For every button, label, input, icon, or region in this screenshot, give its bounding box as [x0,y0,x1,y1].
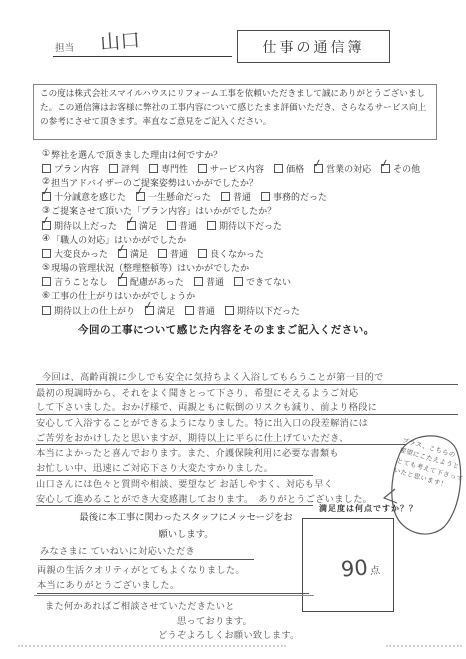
option: 良くなかった [198,247,264,260]
question-options: プラン内容 評判 専門性 サービス内容 価格 営業の対応 その他 [42,161,444,175]
question-text: ③ ご提案させて頂いた「プラン内容」はいかがでしたか？ [42,204,444,218]
feedback-line: 安心して進めることができ大変感謝しております。 ありがとうございました。 [36,491,313,507]
option: 満足 [127,219,157,232]
checkbox[interactable] [42,164,51,173]
option-label: プラン内容 [54,162,99,175]
option-label: 普通 [206,275,224,288]
question-label: 工事の仕上がりはいかがでしょうか [51,289,195,302]
option-label: 専門性 [161,162,188,175]
checkbox[interactable] [314,164,323,173]
checkbox[interactable] [221,192,230,201]
checkbox[interactable] [185,306,194,315]
option-label: 配慮があった [130,275,184,288]
question-options: 大変良かった 満足 普通 良くなかった [42,246,444,260]
score-unit: 点 [370,565,381,577]
option: その他 [381,162,420,175]
option: 十分誠意を感じた [42,190,126,203]
option-label: 大変良かった [54,247,108,260]
option-label: サービス内容 [210,162,264,175]
score-number: 90 [340,555,369,581]
tanto-underline [53,38,232,57]
option: 普通 [194,275,224,288]
option-label: 普通 [233,190,251,203]
option: 一生懸命だった [136,190,211,203]
intro-box: この度は株式会社スマイルハウスにリフォーム工事を依頼いただきまして誠にありがとう… [33,84,437,140]
option-label: 普通 [179,219,197,232]
feedback-line: ご苦労をおかけしたと思いますが、期待以上に平らに仕上げていただき、 [36,430,418,446]
checkbox[interactable] [118,249,127,258]
questionnaire: ① 弊社を選んで頂きました理由は何ですか？ プラン内容 評判 専門性 サービス内… [42,147,444,317]
option: 言うことなし [42,275,108,288]
option: 配慮があった [118,275,184,288]
message-line: 本当にありがとうございました。 [37,577,309,594]
message-line: また何かあればご相談させていただきたいと [45,598,235,612]
checkbox[interactable] [274,164,283,173]
scan-artifact-dotted-line [18,645,286,647]
option-label: 言うことなし [54,275,108,288]
option: 大変良かった [42,247,108,260]
option-label: 評判 [121,162,139,175]
option-label: 事務的だった [273,190,327,203]
scan-artifact-dotted-line [386,645,462,647]
score-question-label: 満足度は何点ですか？？ [319,503,418,514]
checkbox[interactable] [234,277,243,286]
prompt-line: 最後に本工事に関わったスタッフにメッセージをお [60,510,312,527]
message-line: みなさまに ていねいに対応いただき [40,543,254,560]
question-number: ⑥ [42,291,50,301]
option-label: 満足 [130,247,148,260]
message-line: 思っております。 [177,613,252,627]
ruled-line [34,595,314,596]
score-value: 90点 [340,554,381,581]
option: 営業の対応 [314,162,371,175]
feedback-section-header: 今回の工事について感じた内容をそのままご記入ください。 [78,322,375,337]
option-label: 価格 [286,162,304,175]
feedback-line: 今回は、高齢両親に少しでも安全に気持ちよく入浴してもらうことが第一目的で [36,369,458,385]
question-label: 担当アドバイザーのご提案姿勢はいかがでしたか？ [51,176,258,189]
checkbox[interactable] [136,192,145,201]
message-line: 両親の生活クオリティがとてもよくなりました。 [37,562,245,576]
option-label: 満足 [157,304,175,317]
checkbox[interactable] [198,249,207,258]
form-title-box: 仕事の通信簿 [237,30,390,63]
checkbox[interactable] [225,306,234,315]
option-label: 満足 [139,219,157,232]
option: 普通 [221,190,251,203]
option-label: 期待以下だった [237,304,300,317]
staff-message-prompt: 最後に本工事に関わったスタッフにメッセージをお 願いします。 [60,510,312,543]
option: 普通 [167,219,197,232]
checkbox[interactable] [127,221,136,230]
question-label: ご提案させて頂いた「プラン内容」はいかがでしたか？ [51,204,276,217]
option: 事務的だった [261,190,327,203]
scanned-feedback-form: 担当 山口 仕事の通信簿 この度は株式会社スマイルハウスにリフォーム工事を依頼い… [0,0,466,659]
checkbox[interactable] [158,249,167,258]
speech-bubble: プラス、こちらの 要望にこたえようと とても考えて下さって いたと思います！ [384,427,464,539]
question-number: ① [42,149,50,159]
option-label: 十分誠意を感じた [54,190,126,203]
option-label: その他 [393,162,420,175]
option: 期待以上だった [42,219,117,232]
feedback-line: お忙しい中、迅速にご対応下さり大変たすかりました。 [36,460,313,476]
option: サービス内容 [198,162,264,175]
option-label: 普通 [170,247,188,260]
question-number: ⑤ [42,263,50,273]
option: 満足 [118,247,148,260]
checkbox[interactable] [42,221,51,230]
checkbox[interactable] [149,164,158,173]
option: 専門性 [149,162,188,175]
checkbox[interactable] [42,277,51,286]
question-number: ④ [42,234,50,244]
option-label: できてない [246,275,291,288]
question-label: 弊社を選んで頂きました理由は何ですか？ [51,148,222,161]
option: 普通 [185,304,215,317]
question-options: 言うことなし 配慮があった 普通 できてない [42,275,444,289]
option-label: 良くなかった [210,247,264,260]
option-label: 期待以上だった [54,219,117,232]
option-label: 営業の対応 [326,162,371,175]
checkbox[interactable] [198,164,207,173]
checkbox[interactable] [118,277,127,286]
option: できてない [234,275,291,288]
option: 価格 [274,162,304,175]
option-label: 一生懸命だった [148,190,211,203]
checkbox[interactable] [42,306,51,315]
feedback-line: 最初の現調時から、それをよく聞きとって下さり、希望にそえるようご対応 [36,385,458,400]
option-label: 期待以下だった [219,219,282,232]
message-line: どうぞよろしくお願い致します。 [158,627,300,641]
question-options: 期待以上の仕上がり 満足 普通 期待以下だった [42,303,444,317]
option-label: 普通 [197,304,215,317]
feedback-line: して下さいました。おかげ様で、両親ともに転倒のリスクも減り、前より格段に [36,399,458,415]
checkbox[interactable] [109,164,118,173]
question-label: 現場の管理状況（整理整頓等）はいかがでしたか [51,261,249,274]
question-text: ② 担当アドバイザーのご提案姿勢はいかがでしたか？ [42,175,444,189]
checkbox[interactable] [261,192,270,201]
checkbox[interactable] [381,164,390,173]
form-title: 仕事の通信簿 [263,37,365,57]
question-options: 十分誠意を感じた 一生懸命だった 普通 事務的だった [42,190,444,204]
checkbox[interactable] [194,277,203,286]
checkbox[interactable] [42,249,51,258]
question-text: ④ 「職人の対応」はいかがでしたか [42,232,444,246]
checkbox[interactable] [42,192,51,201]
question-options: 期待以上だった 満足 普通 期待以下だった [42,218,444,232]
option-label: 期待以上の仕上がり [54,304,135,317]
option: 期待以上の仕上がり [42,304,135,317]
option: 期待以下だった [207,219,282,232]
option: プラン内容 [42,162,99,175]
option: 評判 [109,162,139,175]
question-text: ⑥ 工事の仕上がりはいかがでしょうか [42,289,444,303]
intro-text: この度は株式会社スマイルハウスにリフォーム工事を依頼いただきまして誠にありがとう… [40,89,426,127]
checkbox[interactable] [207,221,216,230]
option: 期待以下だった [225,304,300,317]
question-text: ⑤ 現場の管理状況（整理整頓等）はいかがでしたか [42,261,444,275]
prompt-line: 願いします。 [60,527,312,544]
checkbox[interactable] [167,221,176,230]
option: 普通 [158,247,188,260]
option: 満足 [145,304,175,317]
checkbox[interactable] [145,306,154,315]
